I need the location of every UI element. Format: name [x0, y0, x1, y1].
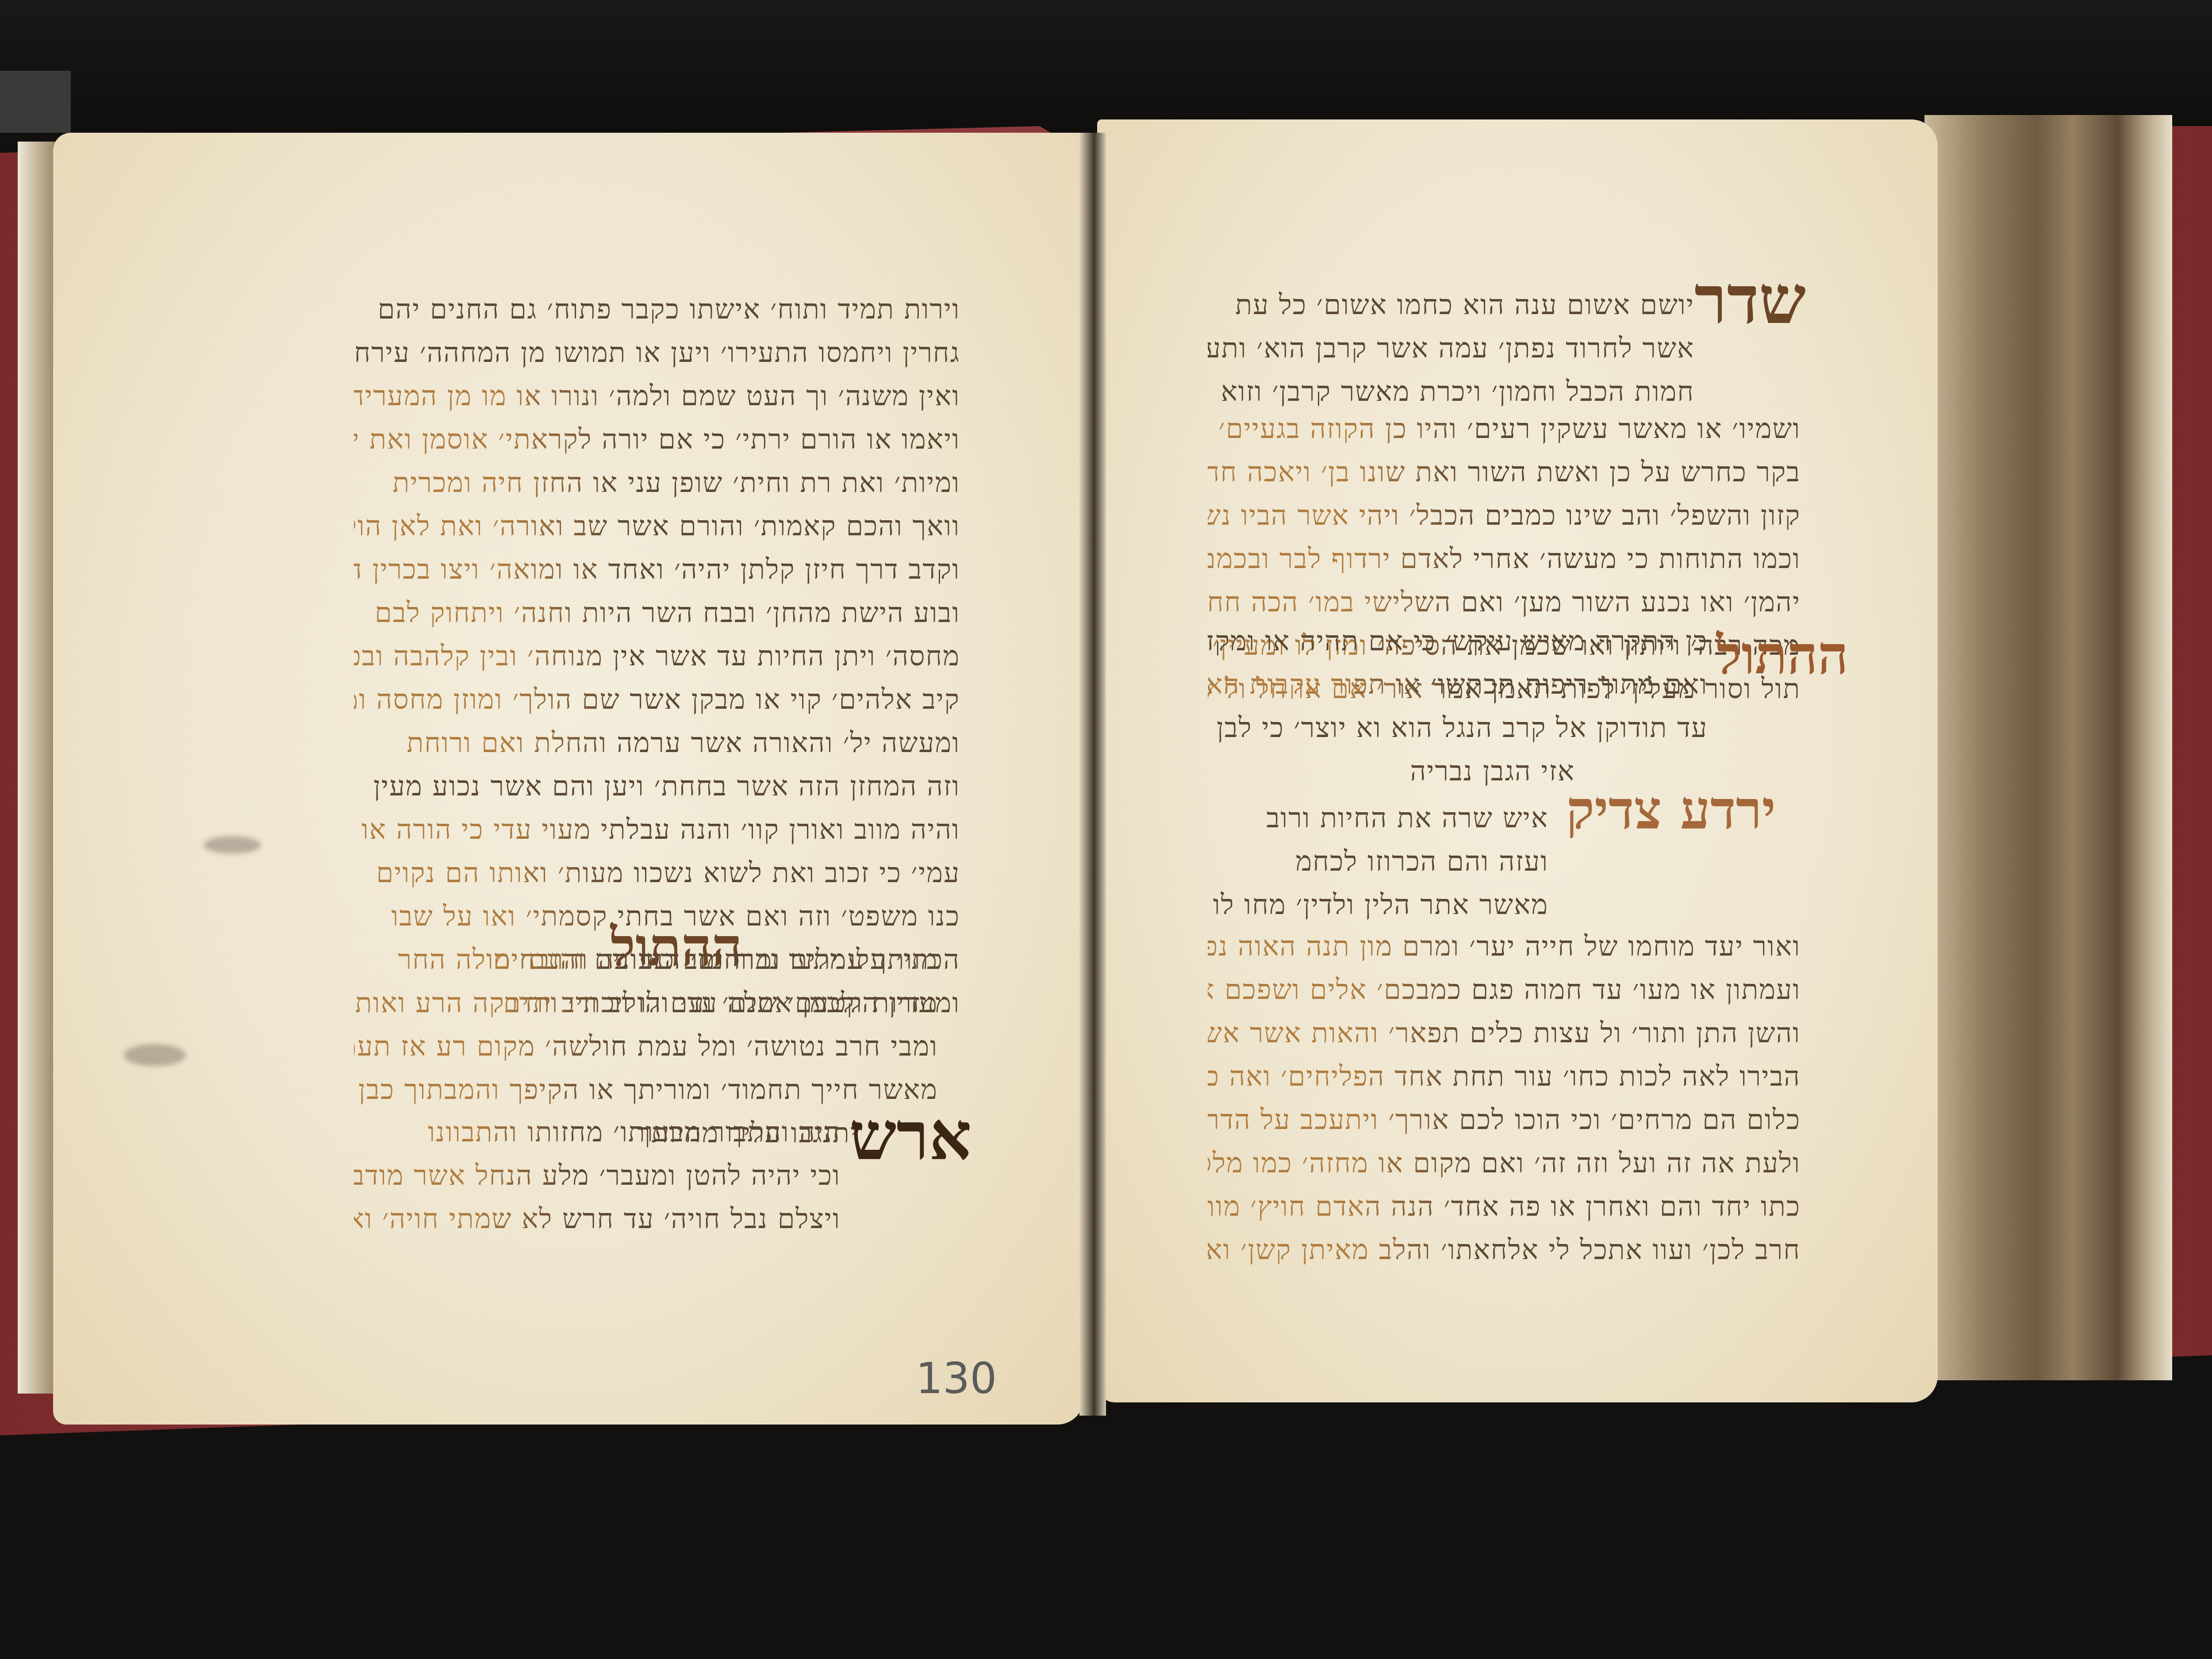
manuscript-line: כתו יחד והם ואחרן או פה אחד׳ הנה האדם חו… [1208, 1185, 1801, 1228]
manuscript-line: גחרין ויחמסו התעירו׳ ויען או תמושו מן המ… [354, 331, 960, 374]
manuscript-line: וירות תמיד ותוח׳ אישתו כקבר פתוח׳ גם החנ… [354, 288, 960, 331]
manuscript-line: מזרות ולכמן אתנם׳ ועם לו וב ורב ירים [354, 981, 938, 1025]
manuscript-line: ושמיו׳ או מאשר עשקין רעים׳ והיו כן הקוזה… [1208, 407, 1801, 450]
manuscript-line: ואין משנה׳ וך העט שמם ולמה׳ ונורו או מו … [354, 374, 960, 418]
manuscript-line: ואם מתוך ריפות תכתשו׳ או תפור עקבות האש [1208, 663, 1708, 706]
manuscript-line: עד תודוקן אל קרב הנגל הוא וא יוצר׳ כי לב… [1208, 706, 1708, 749]
manuscript-line: וכמו התוחות כי מעשה׳ אחרי לאדם ירדוף לבר… [1208, 537, 1801, 580]
right-page-text-mid: כן התקרה מאיש עיקש׳ כי אם תהיה או ומקדש … [1208, 619, 1708, 793]
right-heading-shadar: שדר [1694, 261, 1806, 339]
manuscript-line: ומעשה יל׳ והאורה אשר ערמה והחלת ואם ורוח… [354, 721, 960, 764]
left-page-text-bottom: היה והתבור מבעותו׳ מחזותו והתבוונו וכי י… [354, 1110, 841, 1240]
ink-smudge [204, 836, 261, 854]
manuscript-line: הבירו לאה לכות כחו׳ עור תחת אחד הפליחים׳… [1208, 1055, 1801, 1098]
manuscript-line: עמי׳ כי זכוב ואת לשוא נשכוו מעות׳ ואותו … [354, 851, 960, 895]
manuscript-line: חרב לכן׳ ועוו אתכל לי אלחאתו׳ והלב מאיתן… [1208, 1228, 1801, 1271]
manuscript-line: ועזה והם הכרוזו לכחמ [1212, 840, 1548, 883]
right-heading-hahatul: ההתול [1717, 624, 1848, 686]
manuscript-line: קיב אלהים׳ קוי או מבקן אשר שם הולך׳ ומוז… [354, 678, 960, 721]
manuscript-line: מחסה׳ ויתן החיות עד אשר אין מנוחה׳ ובין … [354, 634, 960, 678]
manuscript-line: מוותך עמלים ומרחים׳ הנעונים והנבחים [354, 938, 938, 981]
manuscript-line: ובוע הישת מהחן׳ ובבח השר היות וחנה׳ ויתח… [354, 591, 960, 634]
book-gutter [1079, 133, 1106, 1416]
manuscript-line: ומיות׳ ואת רת וחית׳ שופן עני או החזן חיה… [354, 461, 960, 504]
manuscript-line: כן התקרה מאיש עיקש׳ כי אם תהיה או ומקדש [1208, 619, 1708, 663]
dark-background-top [0, 0, 2212, 133]
manuscript-line: ולעת אה זה ועל וזה זה׳ ואם מקום או מחזה׳… [1208, 1141, 1801, 1185]
manuscript-line: ועמתון או מעו׳ עד חמוה פגם כמבכם׳ אלים ו… [1208, 968, 1801, 1011]
right-page-text: יושם אשום ענה הוא כחמו אשום׳ כל עת אשר ל… [1208, 283, 1694, 413]
right-page-edges [1924, 115, 2172, 1380]
manuscript-line: מאשר אתר הלין ולדין׳ מחו לויה [1212, 883, 1548, 926]
manuscript-line: והשן התן ותור׳ ול עצות כלים תפאר׳ והאות … [1208, 1011, 1801, 1055]
manuscript-line: קזון והשפל׳ והב שינו כמבים הכבל׳ ויהי אש… [1208, 494, 1801, 537]
manuscript-line: וכי יהיה להטן ומעבר׳ מלע הנחל אשר מודבר [354, 1154, 841, 1197]
manuscript-line: וזה המחזן הזה אשר בחחת׳ ויען והם אשר נכו… [354, 764, 960, 808]
manuscript-line: ויאמו או הורם ירתי׳ כי אם יורה לקראתי׳ א… [354, 418, 960, 461]
ink-smudge [124, 1044, 186, 1066]
right-heading-yirda-tzadik: ירדע צדיק [1566, 779, 1776, 841]
manuscript-line: יושם אשום ענה הוא כחמו אשום׳ כל עת [1208, 283, 1694, 326]
right-page-text-sub: איש שרה את החיות ורוב ועזה והם הכרוזו לכ… [1212, 796, 1548, 926]
manuscript-line: בקר כחרש על כן ואשת השור ואת שונו בן׳ וי… [1208, 450, 1801, 494]
left-page-text: וירות תמיד ותוח׳ אישתו כקבר פתוח׳ גם החנ… [354, 288, 960, 1025]
manuscript-line: אשר לחרוד נפתן׳ עמה אשר קרבן הוא׳ ותעל [1208, 326, 1694, 370]
manuscript-line: וקדב דרך חיזן קלתן יהיה׳ ואחד או ומואה׳ … [354, 548, 960, 591]
left-heading-arash: ארש [849, 1097, 972, 1175]
folio-number: 130 [916, 1354, 997, 1403]
manuscript-line: ויצלם נבל חויה׳ עד חרש לא שמתי חויה׳ ואנ… [354, 1197, 841, 1240]
manuscript-line: והיה מווב ואורן קוו׳ והנה עבלתי מעוי עדי… [354, 808, 960, 851]
manuscript-line: יהמן׳ ואו נכנע השור מען׳ ואם השלישי במו׳… [1208, 580, 1801, 624]
right-page-text-lower: ואור יעד מוחמו של חייה יער׳ ומרם מון תנה… [1208, 925, 1801, 1271]
manuscript-line: וואך והכם קאמות׳ והורם אשר שב ואורה׳ ואת… [354, 504, 960, 548]
background-strip [0, 71, 71, 133]
manuscript-line: היה והתבור מבעותו׳ מחזותו והתבוונו [354, 1110, 841, 1154]
manuscript-line: כלום הם מרחים׳ וכי הוכו לכם אורך׳ ויתעכב… [1208, 1098, 1801, 1141]
manuscript-line: ואור יעד מוחמו של חייה יער׳ ומרם מון תנה… [1208, 925, 1801, 968]
manuscript-line: איש שרה את החיות ורוב [1212, 796, 1548, 840]
manuscript-line: ומבי חרב נטושה׳ ומל עמת חולשה׳ מקום רע א… [354, 1025, 938, 1068]
